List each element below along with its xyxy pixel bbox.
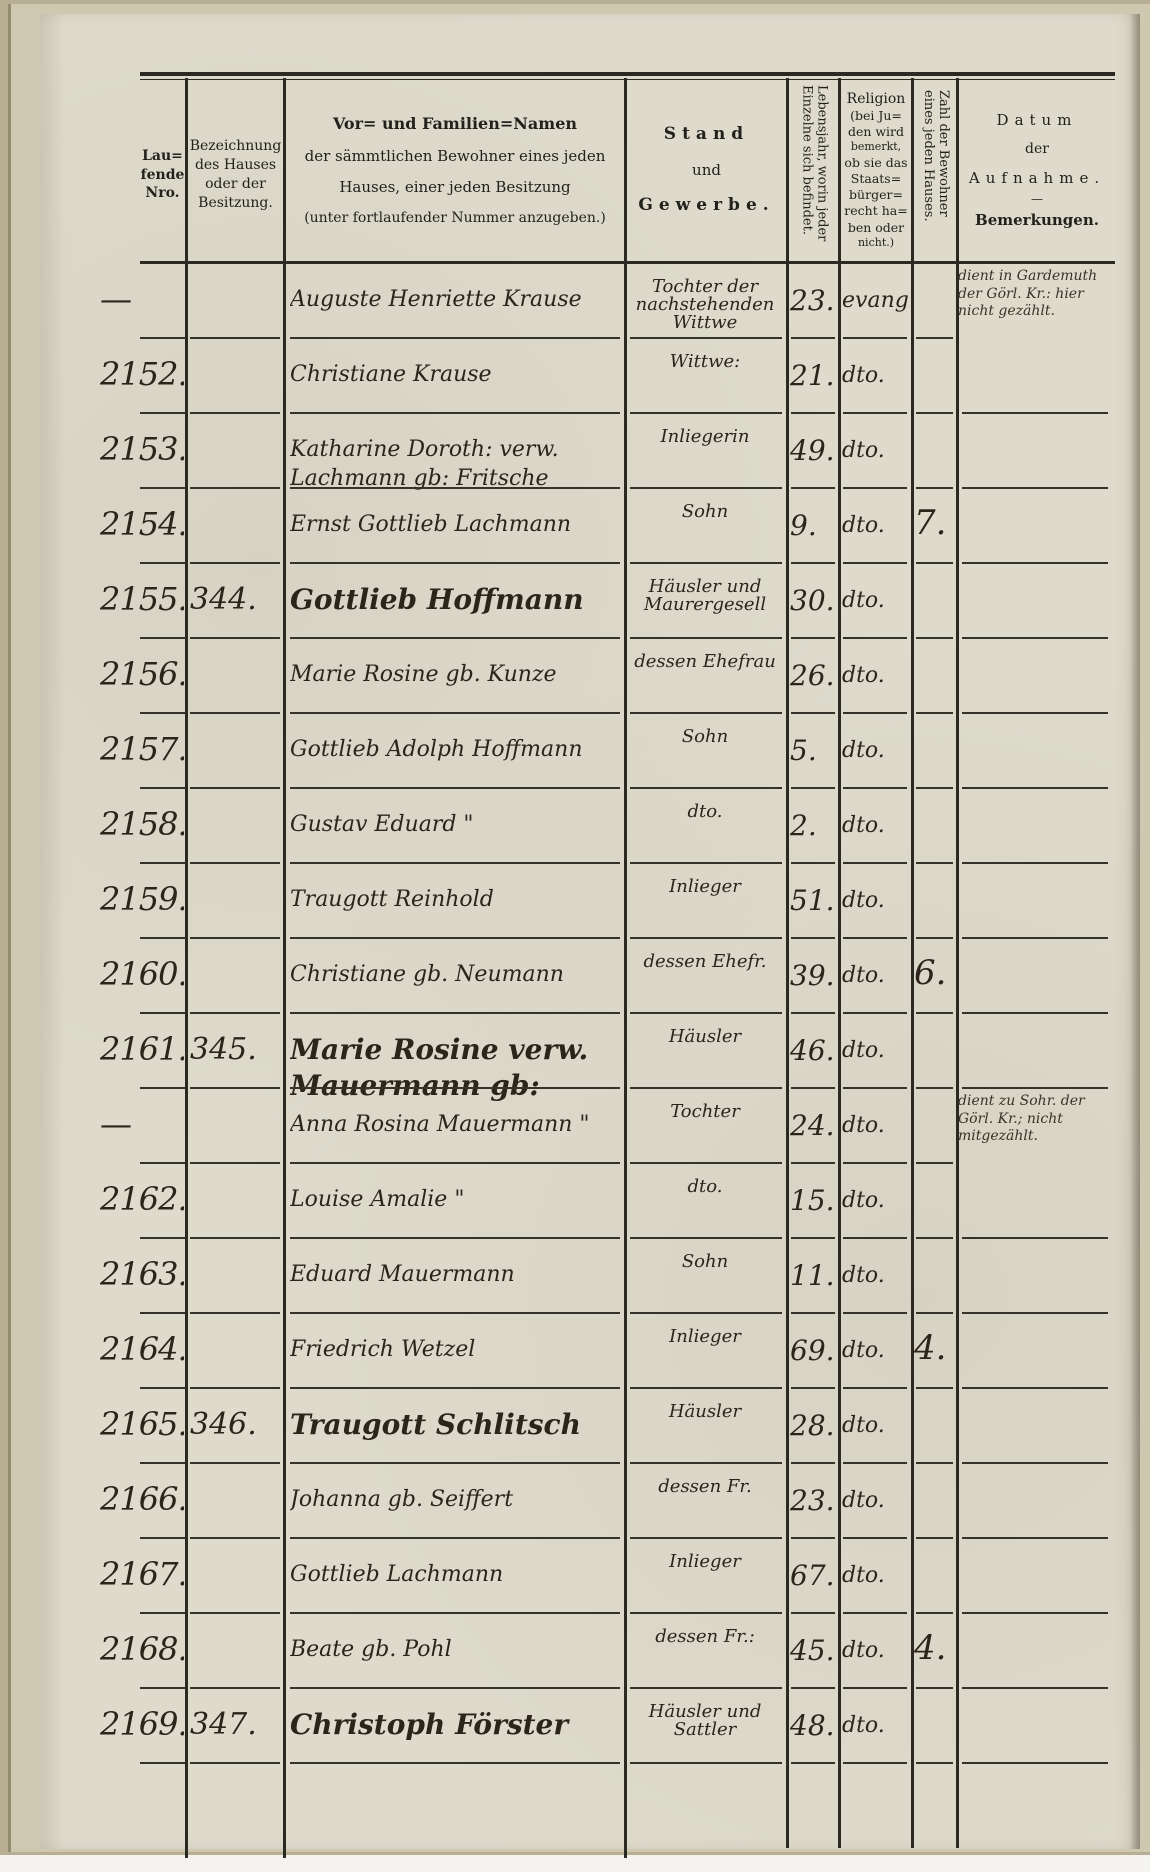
row-divider — [791, 1537, 835, 1539]
row-divider — [791, 1237, 835, 1239]
resident-name: Eduard Mauermann — [290, 1261, 622, 1290]
occupation: Häusler — [626, 1028, 784, 1046]
header-text: (bei Ju= — [850, 108, 902, 124]
row-divider — [791, 937, 835, 939]
row-divider — [791, 1087, 835, 1089]
row-divider — [190, 712, 280, 714]
resident-name: Beate gb. Pohl — [290, 1636, 622, 1665]
row-divider — [630, 412, 782, 414]
header-text: fende — [141, 166, 185, 185]
row-divider — [630, 937, 782, 939]
row-divider — [962, 712, 1108, 714]
row-divider — [140, 1312, 185, 1314]
row-divider — [916, 1462, 953, 1464]
col-rule-1 — [185, 78, 188, 1858]
row-divider — [140, 787, 185, 789]
row-divider — [190, 1237, 280, 1239]
row-divider — [630, 1537, 782, 1539]
row-divider — [962, 1687, 1108, 1689]
row-number: 2169. — [100, 1705, 184, 1743]
row-divider — [843, 712, 907, 714]
religion: dto. — [842, 1713, 910, 1738]
row-number: 2165. — [100, 1405, 184, 1443]
occupation: dessen Fr.: — [626, 1628, 784, 1646]
header-text: oder der — [205, 175, 266, 194]
row-divider — [791, 1162, 835, 1164]
col-rule-2 — [283, 78, 286, 1858]
row-divider — [962, 1462, 1108, 1464]
header-text: und — [692, 154, 721, 187]
header-top-rule — [140, 72, 1115, 76]
religion: dto. — [842, 888, 910, 913]
row-divider — [290, 1162, 620, 1164]
row-divider — [962, 1762, 1108, 1764]
religion: dto. — [842, 738, 910, 763]
header-namen: Vor= und Familien=Namen der sämmtlichen … — [286, 95, 624, 245]
row-divider — [916, 1537, 953, 1539]
age: 21. — [790, 359, 838, 392]
row-divider — [190, 1462, 280, 1464]
row-divider — [140, 637, 185, 639]
header-text: bemerkt, — [851, 140, 901, 154]
row-number: 2153. — [100, 430, 184, 468]
row-divider — [630, 1762, 782, 1764]
row-divider — [190, 637, 280, 639]
row-divider — [140, 487, 185, 489]
resident-name: Louise Amalie " — [290, 1186, 622, 1215]
row-divider — [290, 1537, 620, 1539]
age: 24. — [790, 1109, 838, 1142]
header-laufende-nr: Lau= fende Nro. — [140, 120, 185, 230]
row-divider — [140, 1162, 185, 1164]
col-rule-7 — [956, 78, 959, 1848]
header-text: der sämmtlichen Bewohner eines jeden — [305, 141, 606, 173]
household-count: 6. — [914, 953, 956, 993]
header-text: recht ha= — [844, 203, 907, 219]
row-divider — [630, 1612, 782, 1614]
row-divider — [843, 862, 907, 864]
row-divider — [916, 1687, 953, 1689]
age: 26. — [790, 659, 838, 692]
row-divider — [843, 1162, 907, 1164]
row-divider — [630, 487, 782, 489]
age: 23. — [790, 284, 838, 317]
row-divider — [916, 1612, 953, 1614]
col-rule-5 — [838, 78, 841, 1848]
occupation: dessen Ehefrau — [626, 653, 784, 671]
row-divider — [290, 1087, 620, 1089]
header-text: den wird — [848, 124, 904, 140]
row-divider — [962, 637, 1108, 639]
row-divider — [290, 1387, 620, 1389]
header-text: der — [1025, 135, 1049, 163]
religion: dto. — [842, 1638, 910, 1663]
row-divider — [290, 412, 620, 414]
row-divider — [290, 637, 620, 639]
religion: dto. — [842, 513, 910, 538]
row-number: 2168. — [100, 1630, 184, 1668]
house-number: 344. — [190, 582, 282, 617]
row-divider — [916, 1087, 953, 1089]
row-divider — [630, 637, 782, 639]
row-divider — [290, 337, 620, 339]
row-divider — [290, 1462, 620, 1464]
age: 46. — [790, 1034, 838, 1067]
household-count: 4. — [914, 1328, 956, 1368]
resident-name: Anna Rosina Mauermann " — [290, 1111, 622, 1140]
header-divider: — — [1031, 193, 1043, 205]
header-datum-bemerkungen: Datum der Aufnahme. — Bemerkungen. — [959, 100, 1115, 240]
occupation: Inlieger — [626, 878, 784, 896]
row-divider — [916, 1312, 953, 1314]
row-divider — [791, 862, 835, 864]
row-divider — [140, 712, 185, 714]
religion: dto. — [842, 813, 910, 838]
age: 5. — [790, 734, 838, 767]
occupation: dto. — [626, 803, 784, 821]
religion: dto. — [842, 1488, 910, 1513]
row-divider — [630, 1687, 782, 1689]
row-divider — [290, 787, 620, 789]
row-divider — [962, 1237, 1108, 1239]
age: 45. — [790, 1634, 838, 1667]
row-divider — [630, 1162, 782, 1164]
occupation: Sohn — [626, 728, 784, 746]
row-divider — [190, 1762, 280, 1764]
row-number: 2155. — [100, 580, 184, 618]
age: 51. — [790, 884, 838, 917]
row-divider — [916, 1762, 953, 1764]
occupation: Inlieger — [626, 1328, 784, 1346]
row-divider — [843, 787, 907, 789]
row-divider — [962, 937, 1108, 939]
occupation: Sohn — [626, 503, 784, 521]
religion: dto. — [842, 1338, 910, 1363]
header-text: nicht.) — [858, 236, 894, 250]
page-binding-shadow — [1130, 14, 1140, 1849]
row-divider — [190, 787, 280, 789]
resident-name: Gottlieb Lachmann — [290, 1561, 622, 1590]
row-number: — — [100, 280, 184, 318]
header-text: (unter fortlaufender Nummer anzugeben.) — [304, 204, 606, 233]
row-divider — [140, 412, 185, 414]
row-divider — [916, 637, 953, 639]
header-title: Religion — [847, 90, 906, 108]
header-stand-gewerbe: Stand und Gewerbe. — [627, 105, 786, 235]
row-divider — [843, 1612, 907, 1614]
row-divider — [962, 1312, 1108, 1314]
header-title: Stand — [664, 116, 749, 153]
row-divider — [190, 1087, 280, 1089]
row-divider — [791, 487, 835, 489]
age: 69. — [790, 1334, 838, 1367]
resident-name: Traugott Reinhold — [290, 886, 622, 915]
household-count: 4. — [914, 1628, 956, 1668]
row-number: 2156. — [100, 655, 184, 693]
row-divider — [962, 1612, 1108, 1614]
resident-name: Ernst Gottlieb Lachmann — [290, 511, 622, 540]
row-divider — [843, 337, 907, 339]
row-number: 2167. — [100, 1555, 184, 1593]
religion: dto. — [842, 1113, 910, 1138]
household-count: 7. — [914, 503, 956, 543]
row-divider — [962, 787, 1108, 789]
row-divider — [843, 937, 907, 939]
resident-name: Gottlieb Adolph Hoffmann — [290, 736, 622, 765]
header-bottom-rule — [140, 261, 1115, 264]
row-divider — [962, 1087, 1108, 1089]
religion: dto. — [842, 1263, 910, 1288]
age: 39. — [790, 959, 838, 992]
resident-name: Christoph Förster — [290, 1707, 622, 1743]
header-text: Aufnahme. — [969, 163, 1105, 193]
header-text: Zahl der Bewohner eines jeden Hauses. — [920, 90, 950, 250]
occupation: Häusler — [626, 1403, 784, 1421]
row-divider — [630, 1462, 782, 1464]
row-divider — [140, 1687, 185, 1689]
row-divider — [630, 1312, 782, 1314]
row-divider — [791, 1387, 835, 1389]
resident-name: Gustav Eduard " — [290, 811, 622, 840]
header-title: Bemerkungen. — [975, 205, 1099, 235]
row-divider — [843, 1762, 907, 1764]
header-text: bürger= — [849, 187, 903, 203]
religion: dto. — [842, 438, 910, 463]
row-divider — [290, 1612, 620, 1614]
row-divider — [140, 1237, 185, 1239]
row-divider — [843, 562, 907, 564]
occupation: Inliegerin — [626, 428, 784, 446]
age: 9. — [790, 509, 838, 542]
row-divider — [843, 1687, 907, 1689]
row-number: 2160. — [100, 955, 184, 993]
age: 49. — [790, 434, 838, 467]
row-divider — [140, 1012, 185, 1014]
row-divider — [962, 1012, 1108, 1014]
header-zahl-bewohner: Zahl der Bewohner eines jeden Hauses. — [914, 82, 956, 258]
header-text: Lau= — [142, 147, 183, 166]
remark: dient zu Sohr. der Görl. Kr.; nicht mitg… — [958, 1093, 1108, 1146]
row-divider — [791, 1687, 835, 1689]
occupation: Häusler und Sattler — [626, 1703, 784, 1739]
row-divider — [962, 487, 1108, 489]
religion: dto. — [842, 1413, 910, 1438]
header-top-rule-thin — [140, 79, 1115, 80]
header-text: des Hauses — [195, 156, 276, 175]
occupation: dessen Ehefr. — [626, 953, 784, 971]
row-divider — [916, 1237, 953, 1239]
row-divider — [791, 1012, 835, 1014]
row-divider — [630, 1012, 782, 1014]
row-divider — [140, 937, 185, 939]
row-divider — [791, 337, 835, 339]
row-number: 2163. — [100, 1255, 184, 1293]
row-divider — [190, 1312, 280, 1314]
row-divider — [190, 487, 280, 489]
row-divider — [630, 712, 782, 714]
row-divider — [916, 787, 953, 789]
row-divider — [290, 487, 620, 489]
row-divider — [140, 1537, 185, 1539]
row-divider — [843, 1237, 907, 1239]
row-divider — [190, 412, 280, 414]
row-number: 2154. — [100, 505, 184, 543]
row-divider — [190, 562, 280, 564]
header-text: Lebensjahr, worin jeder Einzelne sich be… — [799, 85, 829, 255]
row-divider — [791, 1312, 835, 1314]
occupation: Tochter der nachstehenden Wittwe — [626, 278, 784, 332]
age: 11. — [790, 1259, 838, 1292]
row-divider — [190, 1537, 280, 1539]
header-religion: Religion (bei Ju= den wird bemerkt, ob s… — [841, 80, 911, 260]
row-divider — [290, 862, 620, 864]
row-divider — [140, 1762, 185, 1764]
row-number: — — [100, 1105, 184, 1143]
resident-name: Friedrich Wetzel — [290, 1336, 622, 1365]
religion: dto. — [842, 363, 910, 388]
row-divider — [916, 562, 953, 564]
religion: dto. — [842, 588, 910, 613]
row-divider — [140, 1387, 185, 1389]
row-divider — [190, 1012, 280, 1014]
occupation: Tochter — [626, 1103, 784, 1121]
header-text: Bezeichnung — [190, 137, 282, 156]
row-divider — [140, 1087, 185, 1089]
resident-name: Marie Rosine verw. Mauermann gb: Wetzel — [290, 1032, 622, 1102]
row-divider — [843, 1462, 907, 1464]
row-divider — [962, 412, 1108, 414]
occupation: dto. — [626, 1178, 784, 1196]
row-divider — [630, 562, 782, 564]
row-number: 2166. — [100, 1480, 184, 1518]
age: 23. — [790, 1484, 838, 1517]
row-divider — [791, 1762, 835, 1764]
house-number: 347. — [190, 1707, 282, 1742]
row-divider — [190, 937, 280, 939]
row-divider — [630, 862, 782, 864]
occupation: Wittwe: — [626, 353, 784, 371]
row-divider — [962, 862, 1108, 864]
row-divider — [791, 412, 835, 414]
row-number: 2152. — [100, 355, 184, 393]
resident-name: Katharine Doroth: verw. Lachmann gb: Fri… — [290, 436, 622, 493]
house-number: 345. — [190, 1032, 282, 1067]
row-divider — [140, 1462, 185, 1464]
row-number: 2157. — [100, 730, 184, 768]
header-text: ob sie das — [844, 155, 907, 171]
religion: dto. — [842, 663, 910, 688]
row-number: 2164. — [100, 1330, 184, 1368]
row-divider — [791, 712, 835, 714]
row-divider — [190, 1162, 280, 1164]
row-divider — [290, 937, 620, 939]
row-divider — [290, 1762, 620, 1764]
row-divider — [916, 412, 953, 414]
row-divider — [962, 1537, 1108, 1539]
row-divider — [843, 1012, 907, 1014]
row-number: 2159. — [100, 880, 184, 918]
row-divider — [290, 1012, 620, 1014]
row-divider — [843, 1387, 907, 1389]
religion: dto. — [842, 1038, 910, 1063]
row-divider — [190, 1387, 280, 1389]
resident-name: Christiane Krause — [290, 361, 622, 390]
age: 48. — [790, 1709, 838, 1742]
header-text: ben oder — [848, 220, 904, 236]
resident-name: Auguste Henriette Krause — [290, 286, 622, 315]
header-text: Nro. — [145, 184, 179, 203]
row-divider — [791, 562, 835, 564]
row-divider — [962, 1387, 1108, 1389]
occupation: Häusler und Maurergesell — [626, 578, 784, 614]
header-lebensjahr: Lebensjahr, worin jeder Einzelne sich be… — [789, 82, 838, 258]
row-divider — [791, 637, 835, 639]
row-divider — [916, 937, 953, 939]
row-divider — [190, 337, 280, 339]
row-divider — [916, 337, 953, 339]
col-rule-4 — [786, 78, 789, 1848]
row-divider — [190, 862, 280, 864]
row-divider — [843, 1312, 907, 1314]
resident-name: Johanna gb. Seiffert — [290, 1486, 622, 1515]
row-divider — [290, 712, 620, 714]
header-bezeichnung-hauses: Bezeichnung des Hauses oder der Besitzun… — [188, 110, 283, 240]
row-divider — [630, 1387, 782, 1389]
row-divider — [190, 1612, 280, 1614]
header-text: Hauses, einer jeden Besitzung — [339, 172, 570, 204]
row-divider — [791, 1462, 835, 1464]
row-divider — [916, 1162, 953, 1164]
religion: dto. — [842, 963, 910, 988]
age: 2. — [790, 809, 838, 842]
religion: dto. — [842, 1188, 910, 1213]
row-divider — [290, 1237, 620, 1239]
row-divider — [140, 337, 185, 339]
house-number: 346. — [190, 1407, 282, 1442]
remark: dient in Gardemuth der Görl. Kr.: hier n… — [958, 268, 1108, 321]
row-divider — [290, 1312, 620, 1314]
row-divider — [190, 1687, 280, 1689]
row-divider — [843, 487, 907, 489]
row-divider — [843, 1087, 907, 1089]
age: 15. — [790, 1184, 838, 1217]
row-divider — [630, 787, 782, 789]
row-divider — [791, 787, 835, 789]
row-divider — [843, 1537, 907, 1539]
row-divider — [290, 1687, 620, 1689]
row-divider — [916, 487, 953, 489]
row-divider — [916, 1012, 953, 1014]
row-divider — [630, 1087, 782, 1089]
resident-name: Gottlieb Hoffmann — [290, 582, 622, 618]
row-divider — [140, 1612, 185, 1614]
row-divider — [916, 712, 953, 714]
resident-name: Traugott Schlitsch — [290, 1407, 622, 1443]
row-divider — [290, 562, 620, 564]
header-text: Staats= — [851, 171, 901, 187]
row-divider — [140, 862, 185, 864]
resident-name: Christiane gb. Neumann — [290, 961, 622, 990]
header-title: Vor= und Familien=Namen — [333, 107, 577, 141]
religion: evangl. — [842, 288, 910, 313]
row-divider — [630, 337, 782, 339]
row-divider — [916, 862, 953, 864]
religion: dto. — [842, 1563, 910, 1588]
row-divider — [843, 412, 907, 414]
row-divider — [843, 637, 907, 639]
row-number: 2161. — [100, 1030, 184, 1068]
resident-name: Marie Rosine gb. Kunze — [290, 661, 622, 690]
